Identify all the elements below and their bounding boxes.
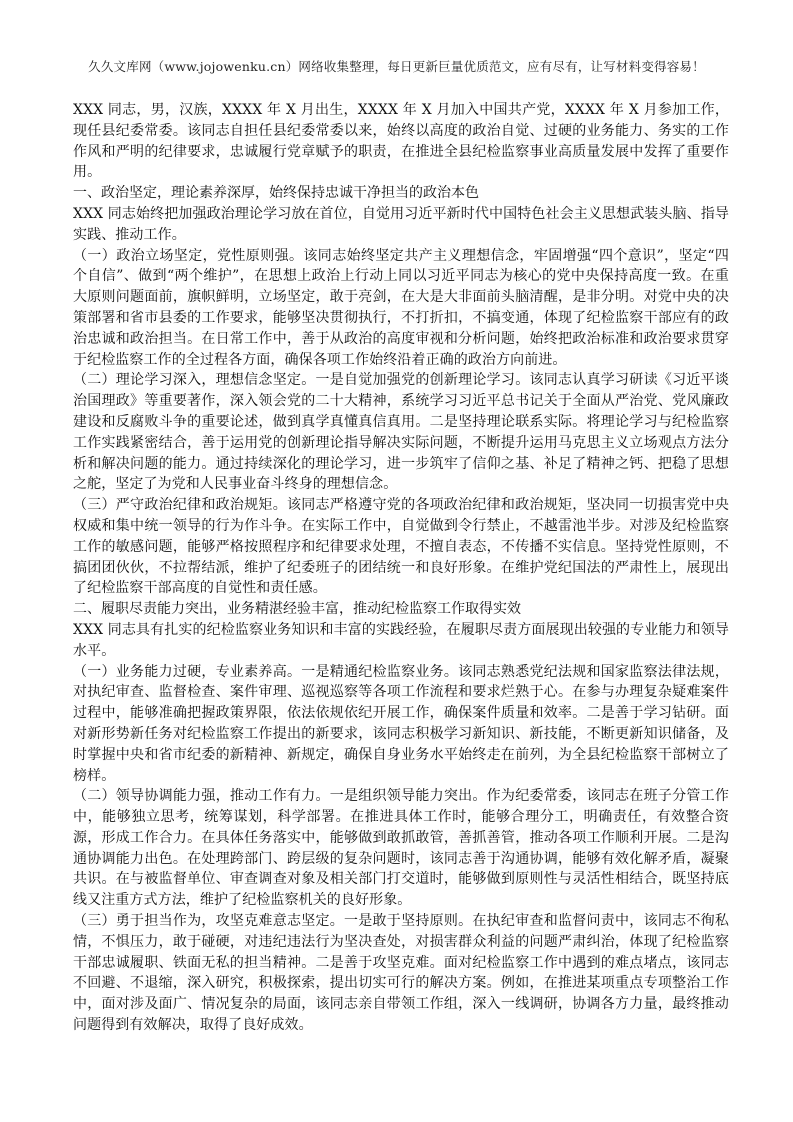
paragraph-1-2: （二）理论学习深入，理想信念坚定。一是自觉加强党的创新理论学习。该同志认真学习研… (73, 370, 729, 495)
site-banner: 久久文库网（www.jojowenku.cn）网络收集整理，每日更新巨量优质范文… (0, 57, 793, 75)
section-heading-1: 一、政治坚定，理论素养深厚，始终保持忠诚干净担当的政治本色 (73, 183, 729, 204)
paragraph-2-2: （二）领导协调能力强，推动工作有力。一是组织领导能力突出。作为纪委常委，该同志在… (73, 786, 729, 911)
document-body: XXX 同志，男，汉族，XXXX 年 X 月出生，XXXX 年 X 月加入中国共… (73, 100, 729, 1036)
paragraph-2-1: （一）业务能力过硬，专业素养高。一是精通纪检监察业务。该同志熟悉党纪法规和国家监… (73, 662, 729, 787)
section-heading-2: 二、履职尽责能力突出，业务精湛经验丰富，推动纪检监察工作取得实效 (73, 599, 729, 620)
paragraph-2-3: （三）勇于担当作为，攻坚克难意志坚定。一是敢于坚持原则。在执纪审查和监督问责中，… (73, 911, 729, 1036)
intro-paragraph: XXX 同志，男，汉族，XXXX 年 X 月出生，XXXX 年 X 月加入中国共… (73, 100, 729, 183)
section-lead-1: XXX 同志始终把加强政治理论学习放在首位，自觉用习近平新时代中国特色社会主义思… (73, 204, 729, 246)
section-lead-2: XXX 同志具有扎实的纪检监察业务知识和丰富的实践经验，在履职尽责方面展现出较强… (73, 620, 729, 662)
paragraph-1-3: （三）严守政治纪律和政治规矩。该同志严格遵守党的各项政治纪律和政治规矩，坚决同一… (73, 495, 729, 599)
paragraph-1-1: （一）政治立场坚定，党性原则强。该同志始终坚定共产主义理想信念，牢固增强“四个意… (73, 246, 729, 371)
